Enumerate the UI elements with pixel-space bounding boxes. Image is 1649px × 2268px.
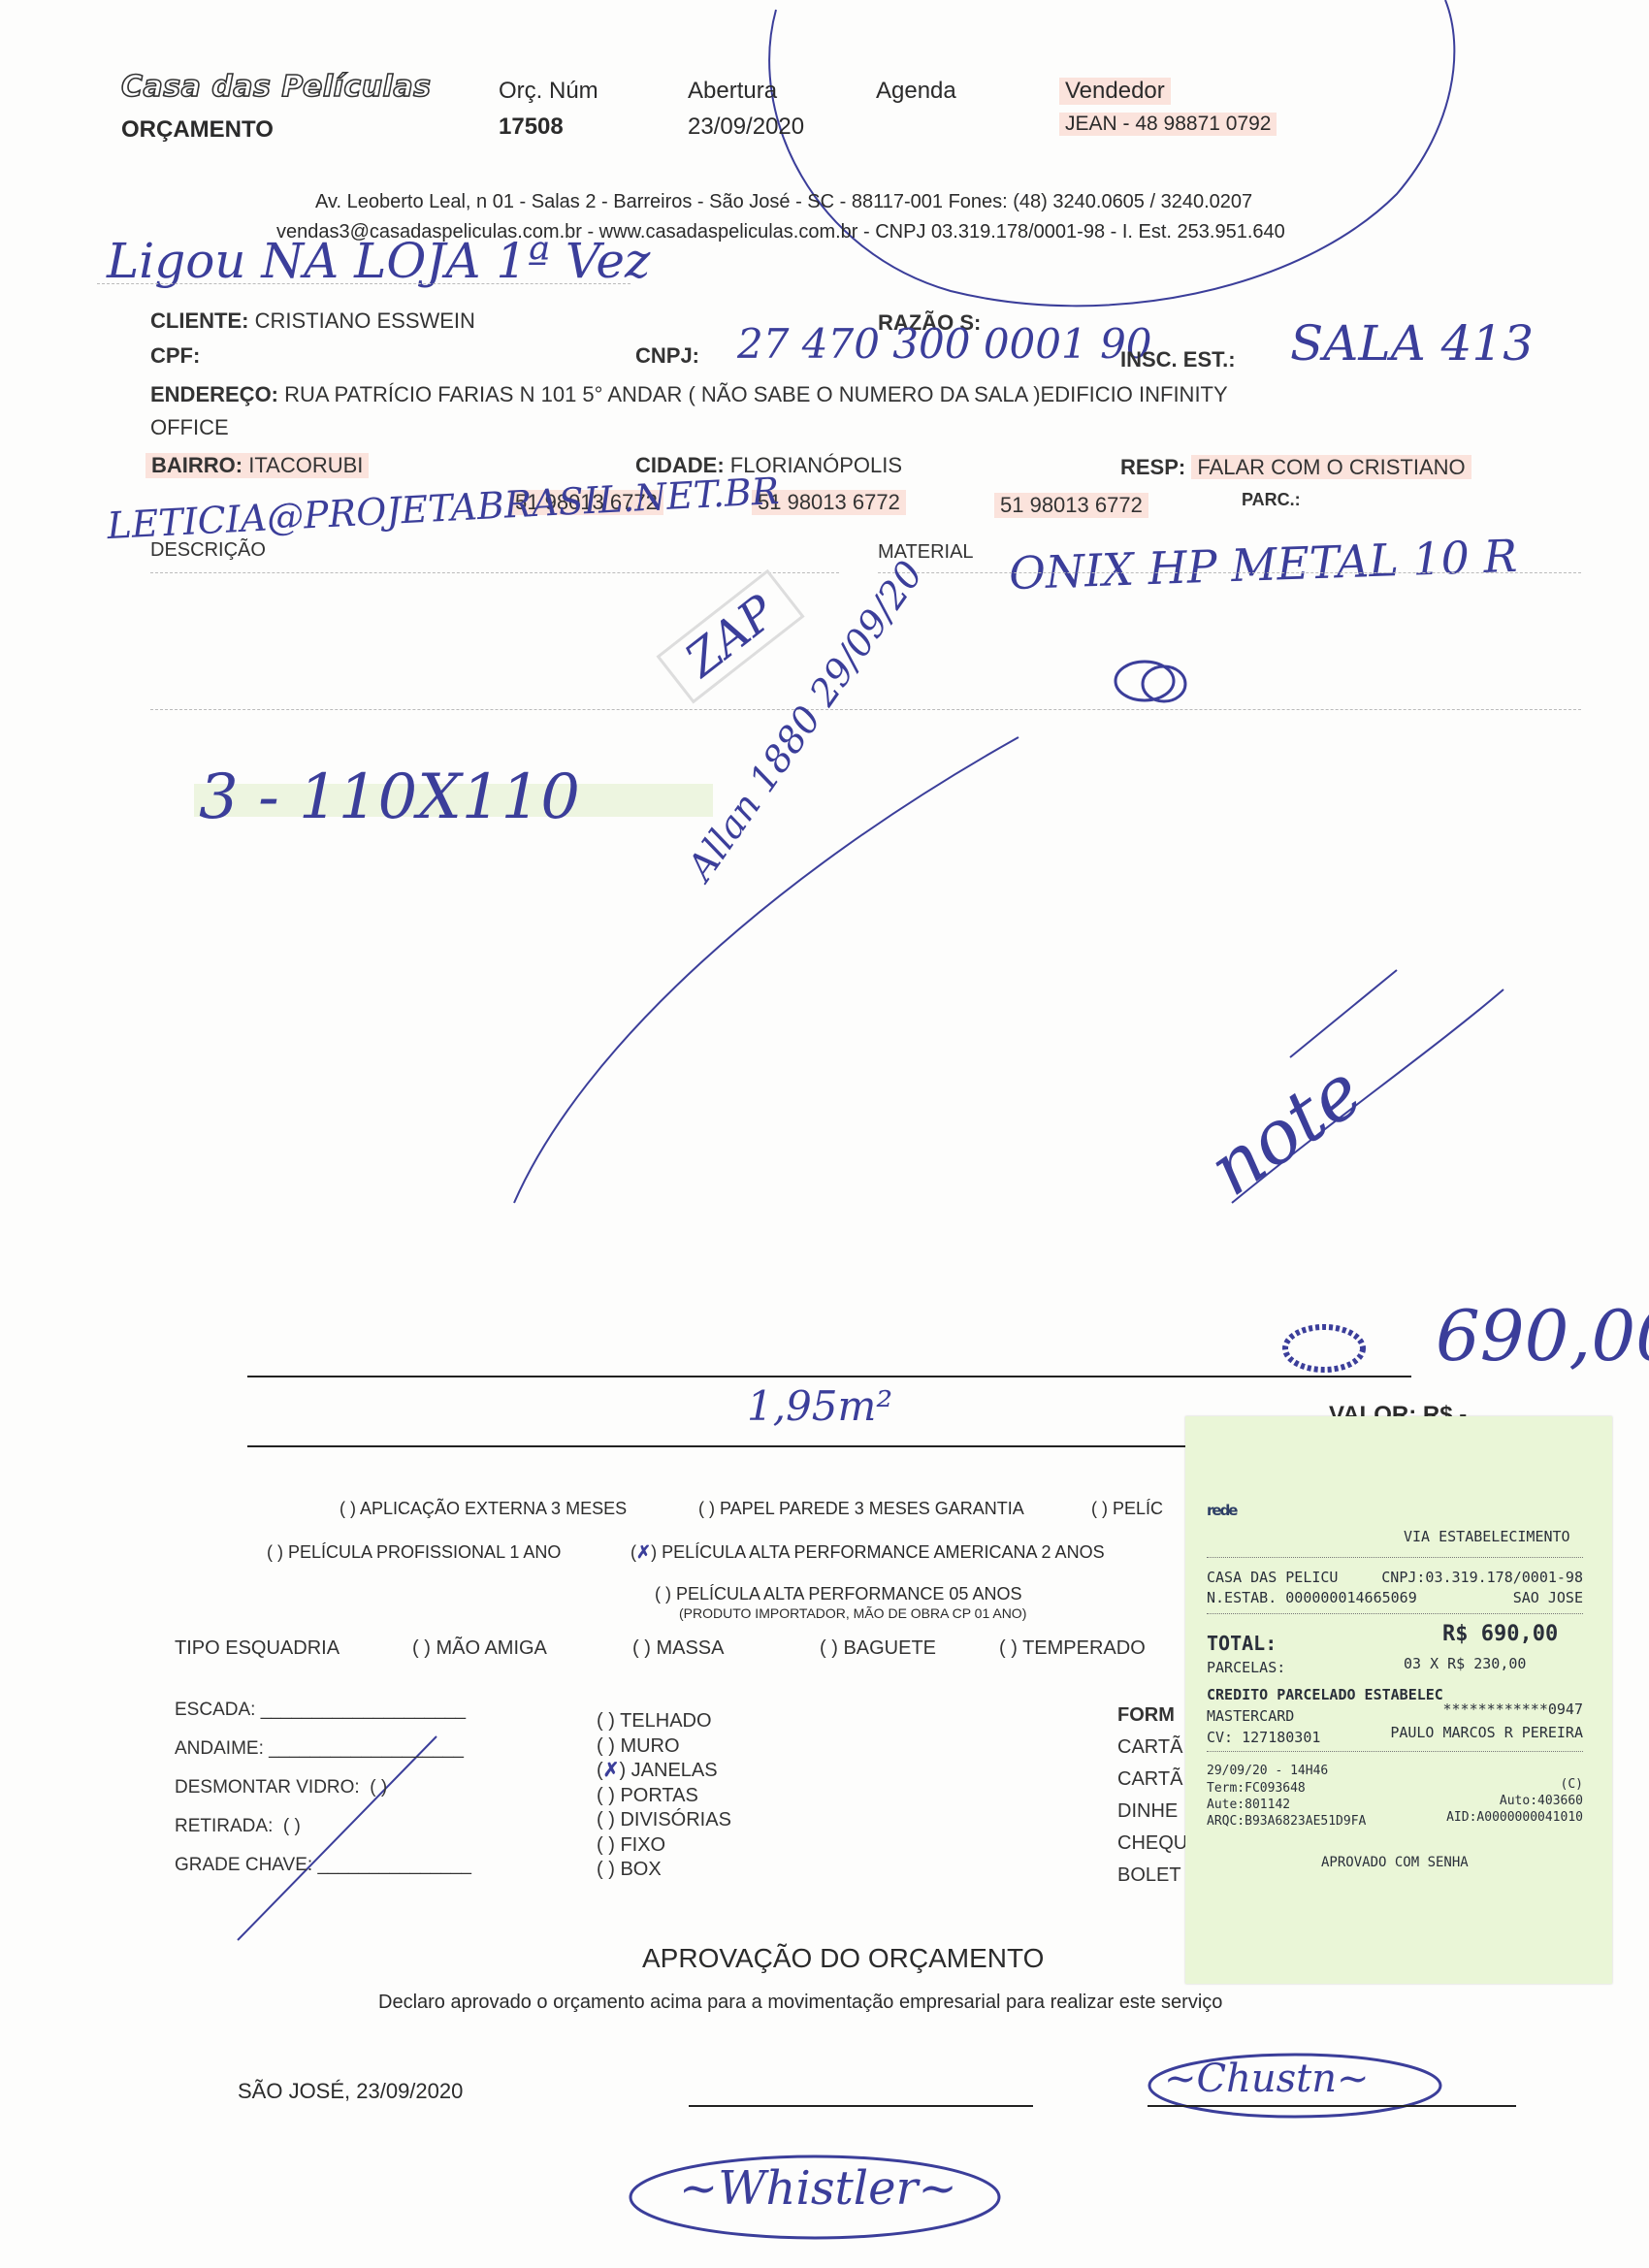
divider [150, 572, 839, 573]
value-line [247, 1376, 1411, 1377]
receipt-parcelas-value: 03 X R$ 230,00 [1404, 1655, 1526, 1672]
warranty-option-label: PELÍC [1113, 1499, 1163, 1518]
receipt-aid: AID:A0000000041010 [1446, 1810, 1583, 1825]
esquadria-option[interactable]: ( ) MÃO AMIGA [412, 1637, 547, 1660]
receipt-city: SAO JOSE [1513, 1589, 1583, 1606]
client-signature: ~Whistler~ [679, 2161, 957, 2216]
payment-option[interactable]: CARTÃ [1117, 1732, 1187, 1764]
bairro-value: ITACORUBI [248, 453, 363, 477]
escada-label: ESCADA: [175, 1700, 255, 1720]
receipt-aute: Aute:801142 [1207, 1798, 1290, 1812]
agenda-label: Agenda [876, 78, 956, 105]
payment-title: FORM [1117, 1700, 1187, 1732]
desmontar-field[interactable]: DESMONTAR VIDRO: ( ) [175, 1777, 387, 1798]
receipt-estab: N.ESTAB. 000000014665069 [1207, 1589, 1417, 1606]
warranty-note: (PRODUTO IMPORTADOR, MÃO DE OBRA CP 01 A… [679, 1605, 1026, 1621]
divider [97, 283, 630, 284]
warranty-option[interactable]: ( ) PAPEL PAREDE 3 MESES GARANTIA [698, 1499, 1024, 1519]
locais-option-label: TELHADO [620, 1710, 711, 1732]
resp-value: FALAR COM O CRISTIANO [1191, 455, 1471, 479]
check-mark-icon: ✗ [603, 1760, 620, 1781]
cnpj-label: CNPJ: [635, 343, 699, 369]
esquadria-option-label: BAGUETE [843, 1637, 936, 1659]
esquadria-option-label: MÃO AMIGA [436, 1637, 546, 1659]
esquadria-option-label: TEMPERADO [1022, 1637, 1146, 1659]
receipt-datetime: 29/09/20 - 14H46 [1207, 1764, 1328, 1778]
divider [1207, 1557, 1583, 1558]
locais-option[interactable]: ( ) FIXO [597, 1833, 731, 1859]
retirada-field[interactable]: RETIRADA: ( ) [175, 1816, 301, 1837]
cpf-label: CPF: [150, 343, 200, 369]
divider [1207, 1751, 1583, 1752]
orc-num-label: Orç. Núm [499, 78, 598, 105]
vendedor-value: JEAN - 48 98871 0792 [1059, 113, 1277, 136]
receipt-term: Term:FC093648 [1207, 1781, 1306, 1796]
retirada-label: RETIRADA: [175, 1816, 273, 1836]
warranty-option-checked[interactable]: (✗) PELÍCULA ALTA PERFORMANCE AMERICANA … [630, 1542, 1105, 1563]
locais-option[interactable]: ( ) PORTAS [597, 1784, 731, 1809]
endereco-field: ENDEREÇO: RUA PATRÍCIO FARIAS N 101 5° A… [150, 382, 1228, 407]
receipt-type: CREDITO PARCELADO ESTABELEC [1207, 1686, 1443, 1703]
esquadria-option[interactable]: ( ) BAGUETE [820, 1637, 936, 1660]
desmontar-label: DESMONTAR VIDRO: [175, 1777, 360, 1798]
locais-option-checked[interactable]: (✗) JANELAS [597, 1759, 731, 1784]
phone-3: 51 98013 6772 [994, 493, 1148, 518]
andaime-field[interactable]: ANDAIME: ___________________ [175, 1738, 464, 1760]
bairro-field: BAIRRO: ITACORUBI [145, 453, 369, 478]
receipt-via: VIA ESTABELECIMENTO [1404, 1528, 1570, 1545]
warranty-option-label: APLICAÇÃO EXTERNA 3 MESES [360, 1499, 627, 1518]
measurement-handwritten: 3 - 110X110 [199, 761, 580, 833]
grade-label: GRADE CHAVE: [175, 1855, 312, 1875]
check-mark-icon: ✗ [636, 1542, 651, 1562]
locais-option-label: FIXO [620, 1834, 665, 1856]
receipt-card-brand: MASTERCARD [1207, 1707, 1294, 1725]
esquadria-label: TIPO ESQUADRIA [175, 1637, 339, 1660]
esquadria-option[interactable]: ( ) MASSA [632, 1637, 724, 1660]
vendedor-label: Vendedor [1059, 78, 1171, 105]
warranty-option[interactable]: ( ) PELÍCULA ALTA PERFORMANCE 05 ANOS [655, 1584, 1021, 1604]
locais-option-label: BOX [620, 1859, 661, 1880]
approval-title: APROVAÇÃO DO ORÇAMENTO [642, 1943, 1044, 1974]
receipt-holder: PAULO MARCOS R PEREIRA [1390, 1724, 1583, 1741]
esquadria-option[interactable]: ( ) TEMPERADO [999, 1637, 1146, 1660]
signature-line [1148, 2105, 1516, 2107]
divider [878, 572, 1581, 573]
receipt-auto: Auto:403660 [1500, 1794, 1583, 1808]
receipt-total-label: TOTAL: [1207, 1632, 1277, 1655]
receipt-status: APROVADO COM SENHA [1321, 1855, 1469, 1870]
bairro-label: BAIRRO: [151, 453, 242, 477]
locais-option[interactable]: ( ) TELHADO [597, 1709, 731, 1734]
parc-label: PARC.: [1242, 490, 1301, 510]
divider [1207, 1613, 1583, 1614]
warranty-option[interactable]: ( ) APLICAÇÃO EXTERNA 3 MESES [339, 1499, 627, 1519]
approval-place-date: SÃO JOSÉ, 23/09/2020 [238, 2079, 463, 2104]
esquadria-option-label: MASSA [656, 1637, 724, 1659]
receipt-cv: CV: 127180301 [1207, 1729, 1320, 1746]
insc-est-label: INSC. EST.: [1120, 347, 1236, 373]
locais-option-label: MURO [620, 1735, 679, 1757]
payment-option[interactable]: DINHE [1117, 1796, 1187, 1828]
locais-option[interactable]: ( ) MURO [597, 1734, 731, 1760]
receipt-merchant: CASA DAS PELICU [1207, 1569, 1338, 1586]
payment-option[interactable]: CHEQU [1117, 1828, 1187, 1860]
warranty-option-label: PELÍCULA PROFISSIONAL 1 ANO [288, 1542, 561, 1562]
warranty-option-label: PELÍCULA ALTA PERFORMANCE AMERICANA 2 AN… [662, 1542, 1104, 1562]
warranty-option[interactable]: ( ) PELÍCULA PROFISSIONAL 1 ANO [267, 1542, 561, 1563]
escada-field[interactable]: ESCADA: ____________________ [175, 1700, 466, 1721]
resp-label: RESP: [1120, 455, 1185, 479]
receipt-parcelas-label: PARCELAS: [1207, 1659, 1285, 1676]
orc-num-value: 17508 [499, 113, 564, 141]
payment-option[interactable]: BOLET [1117, 1860, 1187, 1892]
cliente-field: CLIENTE: CRISTIANO ESSWEIN [150, 308, 475, 334]
divider [150, 709, 1581, 710]
cnpj-handwritten: 27 470 300 0001 90 [737, 320, 1152, 368]
receipt-cnpj: CNPJ:03.319.178/0001-98 [1381, 1569, 1583, 1586]
document-type: ORÇAMENTO [121, 116, 274, 144]
andaime-label: ANDAIME: [175, 1738, 264, 1759]
card-receipt: rede VIA ESTABELECIMENTO CASA DAS PELICU… [1185, 1416, 1612, 1984]
grade-field[interactable]: GRADE CHAVE: _______________ [175, 1855, 471, 1876]
cliente-value: CRISTIANO ESSWEIN [255, 308, 475, 333]
locais-option[interactable]: ( ) BOX [597, 1858, 731, 1883]
valor-handwritten: 690,00 [1436, 1295, 1649, 1377]
payment-list: FORM CARTÃ CARTÃ DINHE CHEQU BOLET [1117, 1700, 1187, 1892]
receipt-arqc: ARQC:B93A6823AE51D9FA [1207, 1814, 1366, 1829]
receipt-card-number: ************0947 [1443, 1701, 1584, 1718]
locais-option-label: PORTAS [620, 1785, 697, 1806]
cliente-label: CLIENTE: [150, 308, 248, 333]
endereco-label: ENDEREÇO: [150, 382, 278, 406]
warranty-option[interactable]: ( ) PELÍC [1091, 1499, 1163, 1519]
seller-signature: ~Chustn~ [1164, 2057, 1370, 2101]
warranty-option-label: PAPEL PAREDE 3 MESES GARANTIA [720, 1499, 1024, 1518]
descricao-label: DESCRIÇÃO [150, 539, 266, 562]
abertura-label: Abertura [688, 78, 777, 105]
signature-line [689, 2105, 1033, 2107]
area-handwritten: 1,95m² [747, 1382, 892, 1430]
receipt-total-value: R$ 690,00 [1442, 1622, 1558, 1646]
insc-est-handwritten: SALA 413 [1290, 315, 1534, 372]
resp-field: RESP: FALAR COM O CRISTIANO [1120, 455, 1471, 480]
call-note-handwritten: Ligou NA LOJA 1ª Vez [107, 233, 650, 289]
brand-logo: Casa das Películas [121, 70, 431, 104]
company-address: Av. Leoberto Leal, n 01 - Salas 2 - Barr… [315, 191, 1252, 213]
receipt-code: (C) [1561, 1777, 1583, 1792]
endereco-value-line2: OFFICE [150, 415, 229, 440]
locais-option[interactable]: ( ) DIVISÓRIAS [597, 1808, 731, 1833]
rede-logo: rede [1207, 1502, 1236, 1519]
locais-option-label: JANELAS [631, 1760, 718, 1781]
endereco-value: RUA PATRÍCIO FARIAS N 101 5° ANDAR ( NÃO… [284, 382, 1228, 406]
warranty-option-label: PELÍCULA ALTA PERFORMANCE 05 ANOS [676, 1584, 1021, 1604]
abertura-value: 23/09/2020 [688, 113, 804, 141]
locais-option-label: DIVISÓRIAS [620, 1809, 730, 1831]
locais-list: ( ) TELHADO ( ) MURO (✗) JANELAS ( ) POR… [597, 1709, 731, 1883]
approval-declaration: Declaro aprovado o orçamento acima para … [378, 1992, 1222, 2014]
payment-option[interactable]: CARTÃ [1117, 1764, 1187, 1796]
